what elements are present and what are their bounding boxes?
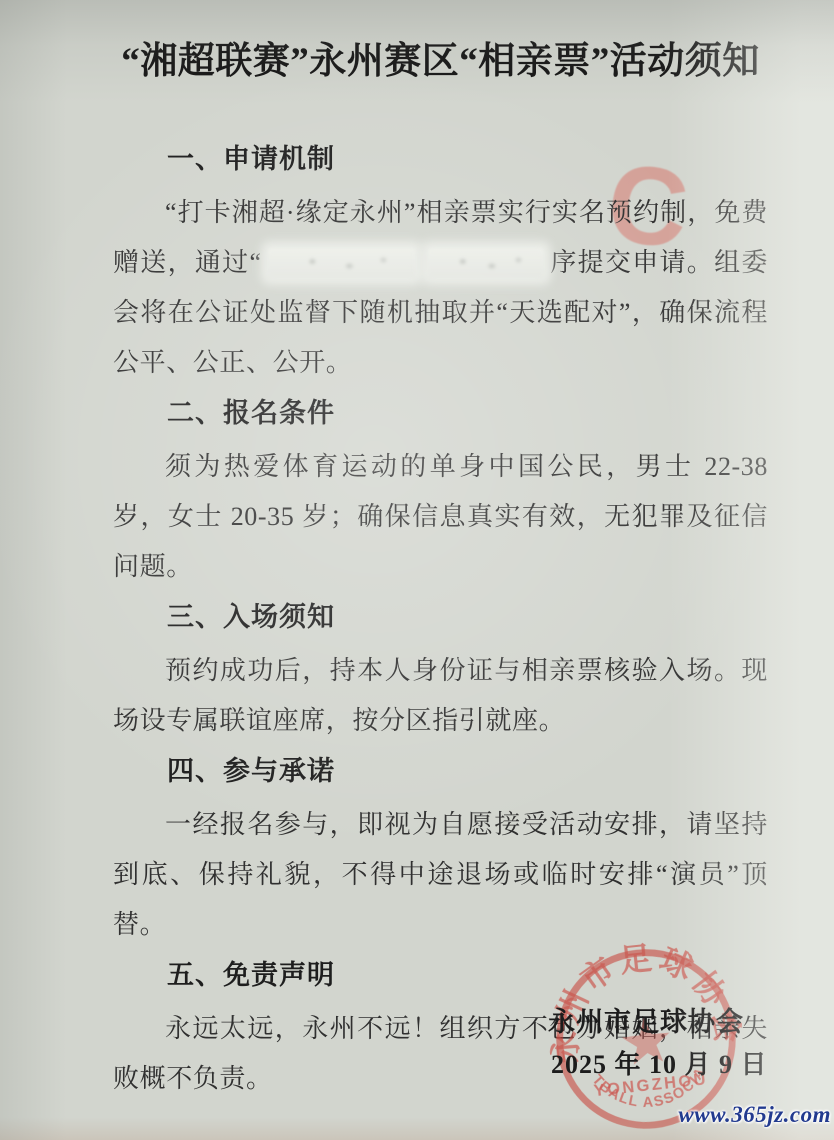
redacted-blur-box — [268, 248, 416, 278]
redacted-blur-box — [428, 248, 544, 278]
section-heading-4: 四、参与承诺 — [113, 754, 768, 788]
section-heading-2: 二、报名条件 — [113, 396, 768, 430]
section-heading-3: 三、入场须知 — [113, 600, 768, 634]
section-paragraph-2: 须为热爱体育运动的单身中国公民，男士 22-38 岁，女士 20-35 岁；确保… — [113, 442, 768, 592]
document-photo: C “湘超联赛”永州赛区“相亲票”活动须知 一、申请机制 “打卡湘超·缘定永州”… — [0, 0, 834, 1140]
signature-date: 2025 年 10 月 9 日 — [551, 1044, 768, 1081]
section-paragraph-4: 一经报名参与，即视为自愿接受活动安排，请坚持到底、保持礼貌，不得中途退场或临时安… — [113, 800, 768, 950]
site-watermark: www.365jz.com — [678, 1102, 831, 1128]
section-paragraph-3: 预约成功后，持本人身份证与相亲票核验入场。现场设专属联谊座席，按分区指引就座。 — [113, 646, 768, 746]
page-title: “湘超联赛”永州赛区“相亲票”活动须知 — [113, 38, 768, 86]
section-paragraph-1: “打卡湘超·缘定永州”相亲票实行实名预约制，免费赠送，通过“序提交申请。组委会将… — [113, 188, 768, 388]
signature-organization: 永州市足球协会 — [548, 1000, 744, 1039]
section-heading-1: 一、申请机制 — [113, 142, 768, 176]
